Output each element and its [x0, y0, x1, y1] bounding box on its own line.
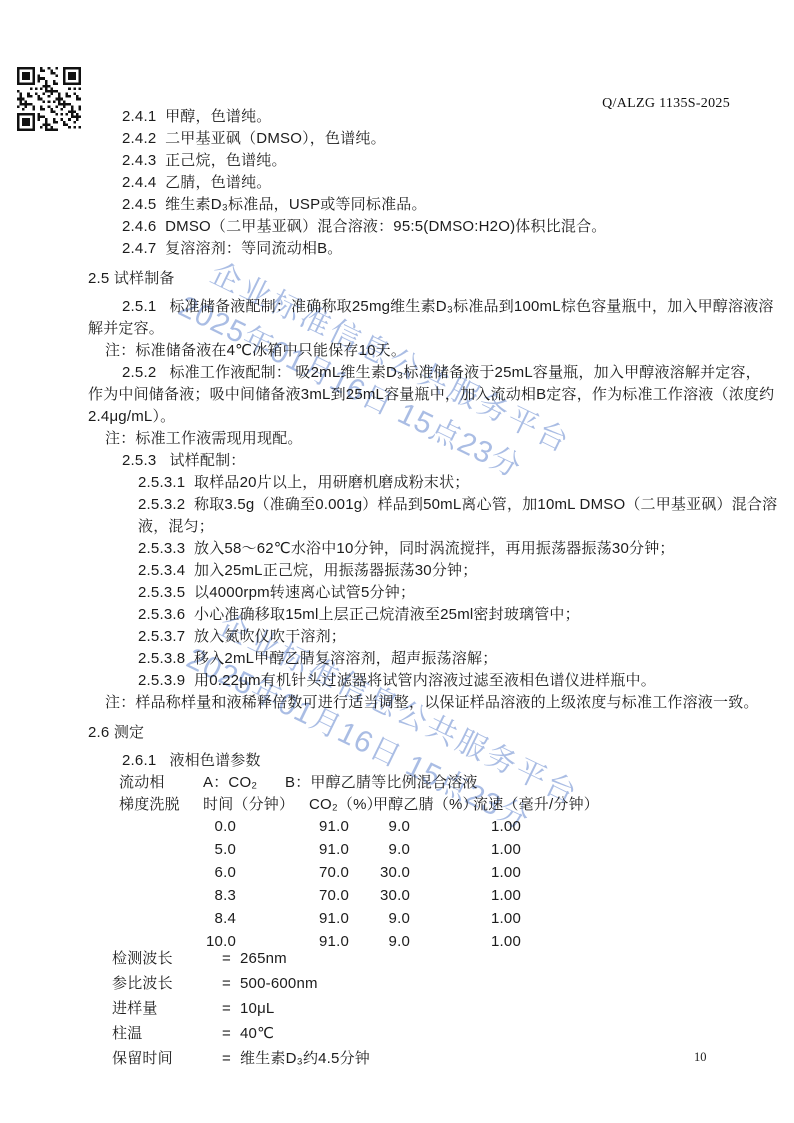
text-line: 作为中间储备液；吸中间储备液3mL到25mL容量瓶中，加入流动相B定容，作为标准…: [88, 386, 774, 404]
text-line: 2.5.1 标准储备液配制：准确称取25mg维生素D₃标准品到100mL棕色容量…: [122, 298, 774, 316]
doc-code: Q/ALZG 1135S-2025: [602, 96, 730, 112]
param-equals: =: [222, 1000, 231, 1018]
table-cell: 91.0: [319, 910, 349, 928]
text-line: 2.5.3.3 放入58～62℃水浴中10分钟，同时涡流搅拌，再用振荡器振荡30…: [138, 540, 675, 558]
table-cell: 30.0: [370, 887, 410, 905]
param-equals: =: [222, 975, 231, 993]
table-cell: 9.0: [370, 841, 410, 859]
text-line: 2.4.2 二甲基亚砜（DMSO），色谱纯。: [122, 130, 386, 148]
table-cell: 91.0: [319, 818, 349, 836]
param-value: 维生素D₃约4.5分钟: [240, 1050, 370, 1068]
param-label: 检测波长: [112, 950, 173, 968]
text-line: 液，混匀；: [138, 518, 214, 536]
text-line: 2.5.2 标准工作液配制： 吸2mL维生素D₃标准储备液于25mL容量瓶，加入…: [122, 364, 761, 382]
text-line: 2.6 测定: [88, 724, 144, 742]
text-line: 注：标准工作液需现用现配。: [105, 430, 303, 448]
param-equals: =: [222, 1025, 231, 1043]
text-line: 2.4.5 维生素D₃标准品，USP或等同标准品。: [122, 196, 427, 214]
param-value: 500-600nm: [240, 975, 318, 993]
table-cell: 91.0: [319, 841, 349, 859]
param-value: 10μL: [240, 1000, 274, 1018]
text-line: 2.5.3.1 取样品20片以上，用研磨机磨成粉末状；: [138, 474, 470, 492]
text-line: 2.5.3.9 用0.22μm有机针头过滤器将试管内溶液过滤至液相色谱仪进样瓶中…: [138, 672, 656, 690]
table-cell: 70.0: [319, 864, 349, 882]
table-cell: 1.00: [491, 818, 521, 836]
text-line: 2.5.3.2 称取3.5g（准确至0.001g）样品到50mL离心管，加10m…: [138, 496, 777, 514]
text-line: 2.4.6 DMSO（二甲基亚砜）混合溶液：95:5(DMSO:H2O)体积比混…: [122, 218, 607, 236]
table-cell: 30.0: [370, 864, 410, 882]
text-line: 2.4μg/mL）。: [88, 408, 175, 426]
text-line: B：甲醇乙腈等比例混合溶液: [285, 774, 478, 792]
text-line: 2.5 试样制备: [88, 270, 175, 288]
text-line: 2.5.3.5 以4000rpm转速离心试管5分钟；: [138, 584, 415, 602]
table-cell: 1.00: [491, 933, 521, 951]
param-value: 265nm: [240, 950, 287, 968]
text-line: 2.4.7 复溶溶剂：等同流动相B。: [122, 240, 343, 258]
table-cell: 8.3: [186, 887, 236, 905]
table-cell: 5.0: [186, 841, 236, 859]
text-line: 甲醇乙腈（%）: [373, 796, 478, 814]
text-line: CO₂（%）: [309, 796, 382, 814]
text-line: 流动相: [119, 774, 165, 792]
table-cell: 1.00: [491, 887, 521, 905]
page-number: 10: [694, 1050, 707, 1065]
text-line: 2.5.3 试样配制：: [122, 452, 245, 470]
text-line: 2.5.3.4 加入25mL正己烷，用振荡器振荡30分钟；: [138, 562, 477, 580]
table-cell: 10.0: [186, 933, 236, 951]
param-equals: =: [222, 950, 231, 968]
table-cell: 70.0: [319, 887, 349, 905]
table-cell: 1.00: [491, 864, 521, 882]
param-label: 保留时间: [112, 1050, 173, 1068]
table-cell: 1.00: [491, 841, 521, 859]
document-page: 企业标准信息公共服务平台2025年01月16日 15点23分企业标准信息公共服务…: [0, 0, 794, 1123]
table-cell: 9.0: [370, 910, 410, 928]
param-label: 参比波长: [112, 975, 173, 993]
text-line: 注：样品称样量和液稀释倍数可进行适当调整，以保证样品溶液的上级浓度与标准工作溶液…: [105, 694, 759, 712]
param-label: 进样量: [112, 1000, 158, 1018]
table-cell: 91.0: [319, 933, 349, 951]
text-line: 注：标准储备液在4℃冰箱中只能保存10天。: [105, 342, 406, 360]
table-cell: 9.0: [370, 818, 410, 836]
text-line: 梯度洗脱: [119, 796, 180, 814]
text-line: 2.4.3 正己烷，色谱纯。: [122, 152, 287, 170]
text-line: 2.5.3.7 放入氮吹仪吹干溶剂；: [138, 628, 346, 646]
text-line: 流速（毫升/分钟）: [473, 796, 599, 814]
table-cell: 9.0: [370, 933, 410, 951]
table-cell: 0.0: [186, 818, 236, 836]
text-line: 2.4.4 乙腈，色谱纯。: [122, 174, 272, 192]
qr-code: [17, 67, 81, 131]
param-label: 柱温: [112, 1025, 142, 1043]
text-line: 时间（分钟）: [203, 796, 294, 814]
table-cell: 8.4: [186, 910, 236, 928]
table-cell: 6.0: [186, 864, 236, 882]
content-layer: Q/ALZG 1135S-2025 2.4.1 甲醇，色谱纯。2.4.2 二甲基…: [0, 0, 794, 1123]
table-cell: 1.00: [491, 910, 521, 928]
text-line: A：CO₂: [203, 774, 257, 792]
param-equals: =: [222, 1050, 231, 1068]
text-line: 2.6.1 液相色谱参数: [122, 752, 261, 770]
text-line: 解并定容。: [88, 320, 164, 338]
text-line: 2.4.1 甲醇，色谱纯。: [122, 108, 272, 126]
text-line: 2.5.3.6 小心准确移取15ml上层正己烷清液至25ml密封玻璃管中；: [138, 606, 580, 624]
param-value: 40℃: [240, 1025, 274, 1043]
text-line: 2.5.3.8 移入2mL甲醇乙腈复溶溶剂，超声振荡溶解；: [138, 650, 497, 668]
